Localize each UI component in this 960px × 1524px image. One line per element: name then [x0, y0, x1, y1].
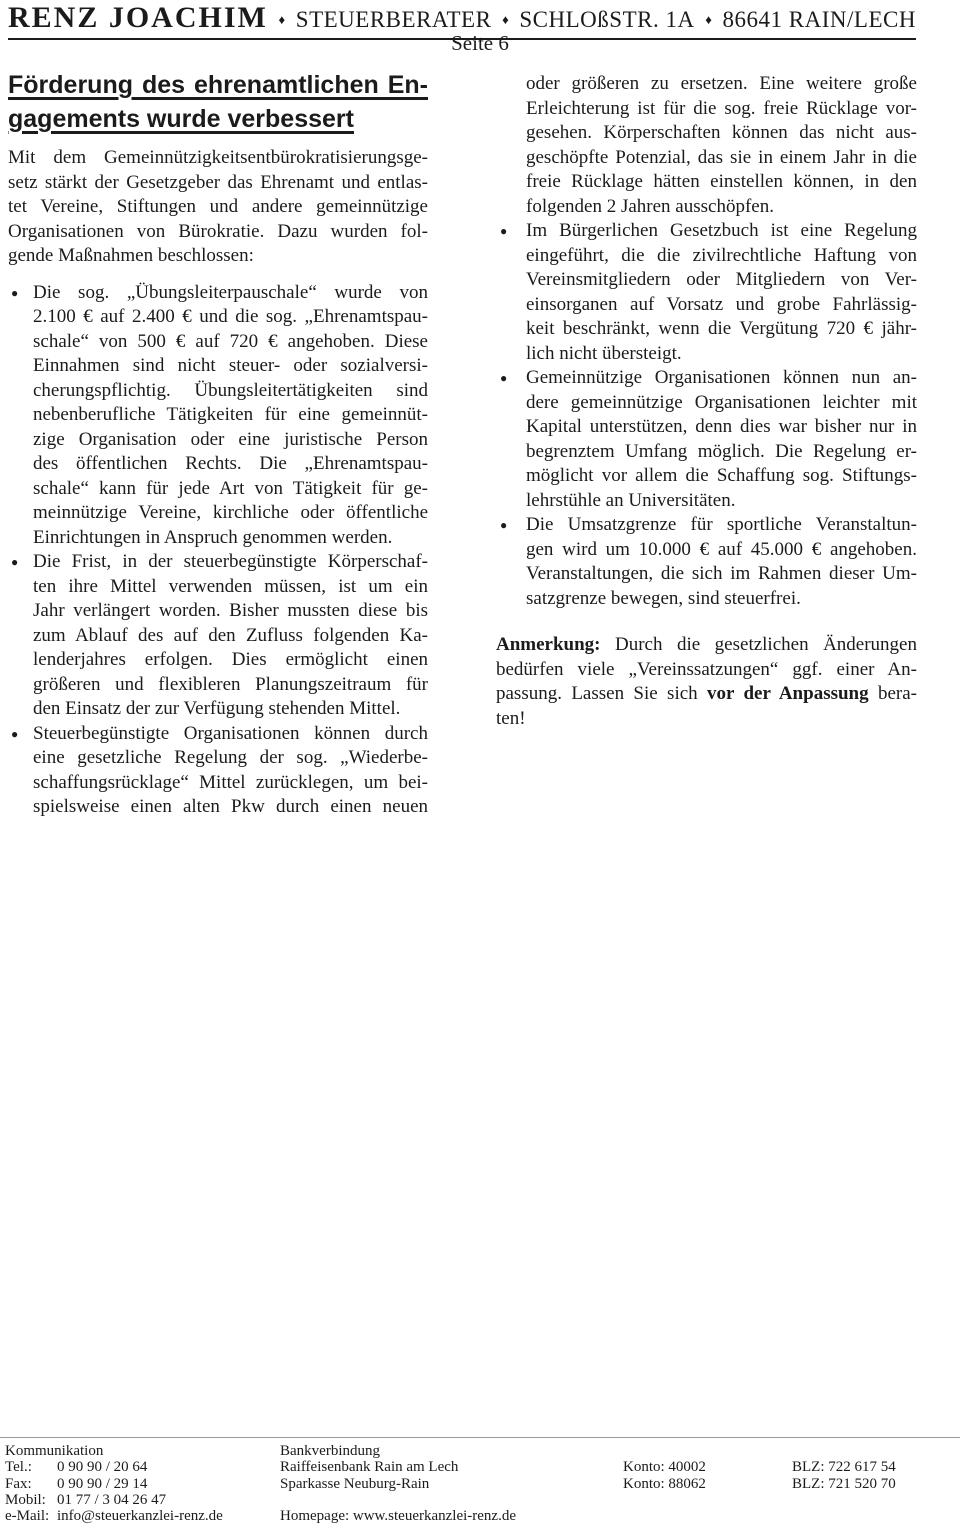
- bullet-icon: ●: [11, 550, 18, 575]
- blz-number: BLZ: 722 617 54: [792, 1459, 955, 1475]
- document-page: RENZ JOACHIM ♦ STEUERBERATER ♦ SCHLOßSTR…: [0, 0, 960, 1524]
- email-label: e-Mail:: [5, 1508, 57, 1524]
- article-heading: Förderung des ehrenamtlichen En-gagement…: [8, 68, 428, 136]
- bullet-text: Gemeinnützige Organisationen können nun …: [526, 366, 917, 513]
- bullet-text: Die Umsatzgrenze für sportliche Veransta…: [526, 513, 917, 611]
- footer-spacer: [623, 1443, 792, 1459]
- footer-spacer: [792, 1492, 955, 1508]
- right-column: oder größeren zu ersetzen. Eine weitere …: [496, 64, 917, 820]
- note-paragraph: Anmerkung: Durch die gesetzlichen Änderu…: [496, 633, 917, 731]
- bullet-text: Die Frist, in der steuerbegünstigte Körp…: [33, 550, 428, 722]
- page-number: Seite 6: [0, 31, 960, 56]
- firm-name: RENZ JOACHIM: [8, 1, 268, 35]
- mobil-label: Mobil:: [5, 1492, 57, 1508]
- fax-label: Fax:: [5, 1476, 57, 1492]
- bullet-item: ● Die sog. „Übungsleiterpauschale“ wurde…: [8, 281, 428, 551]
- bank-title: Bankverbindung: [280, 1443, 623, 1459]
- bank-name: Raiffeisenbank Rain am Lech: [280, 1459, 623, 1475]
- diamond-icon: ♦: [502, 12, 509, 28]
- bullet-item: ● Die Frist, in der steuerbegünstigte Kö…: [8, 550, 428, 722]
- bullet-text: Die sog. „Übungsleiterpauschale“ wurde v…: [33, 281, 428, 551]
- footer-divider: [0, 1437, 960, 1438]
- intro-paragraph: Mit dem Gemeinnützigkeitsentbürokratisie…: [8, 146, 428, 269]
- konto-number: Konto: 88062: [623, 1476, 792, 1492]
- communication-title: Kommunikation: [5, 1443, 280, 1459]
- continuation-paragraph: oder größeren zu ersetzen. Eine weitere …: [496, 72, 917, 219]
- tel-value: 0 90 90 / 20 64: [57, 1459, 280, 1475]
- footer-spacer: [792, 1443, 955, 1459]
- blz-number: BLZ: 721 520 70: [792, 1476, 955, 1492]
- email-value: info@steuerkanzlei-renz.de: [57, 1508, 280, 1524]
- bullet-icon: ●: [500, 219, 507, 244]
- page-footer: Kommunikation Bankverbindung Tel.: 0 90 …: [5, 1443, 955, 1524]
- tel-label: Tel.:: [5, 1459, 57, 1475]
- article-body: Förderung des ehrenamtlichen En-gagement…: [8, 64, 917, 820]
- bullet-icon: ●: [11, 281, 18, 306]
- bank-name: Sparkasse Neuburg-Rain: [280, 1476, 623, 1492]
- footer-spacer: [623, 1508, 792, 1524]
- bullet-text: Im Bürgerlichen Gesetzbuch ist eine Rege…: [526, 219, 917, 366]
- fax-value: 0 90 90 / 29 14: [57, 1476, 280, 1492]
- header-profession: STEUERBERATER: [296, 7, 492, 33]
- bullet-list-left: ● Die sog. „Übungsleiterpauschale“ wurde…: [8, 281, 428, 820]
- konto-number: Konto: 40002: [623, 1459, 792, 1475]
- homepage-value: Homepage: www.steuerkanzlei-renz.de: [280, 1508, 623, 1524]
- diamond-icon: ♦: [705, 12, 712, 28]
- bullet-text: Steuerbegünstigte Organisationen können …: [33, 722, 428, 820]
- bullet-item: ● Im Bürgerlichen Gesetzbuch ist eine Re…: [496, 219, 917, 366]
- bullet-icon: ●: [500, 366, 507, 391]
- bullet-item: ● Steuerbegünstigte Organisationen könne…: [8, 722, 428, 820]
- mobil-value: 01 77 / 3 04 26 47: [57, 1492, 280, 1508]
- diamond-icon: ♦: [279, 12, 286, 28]
- bullet-icon: ●: [11, 722, 18, 747]
- bullet-item: ● Gemeinnützige Organisationen können nu…: [496, 366, 917, 513]
- footer-spacer: [623, 1492, 792, 1508]
- footer-spacer: [792, 1508, 955, 1524]
- bullet-icon: ●: [500, 513, 507, 538]
- bullet-item: ● Die Umsatzgrenze für sportliche Verans…: [496, 513, 917, 611]
- bullet-list-right: ● Im Bürgerlichen Gesetzbuch ist eine Re…: [496, 219, 917, 611]
- header-city: 86641 RAIN/LECH: [723, 7, 916, 33]
- header-street: SCHLOßSTR. 1A: [519, 7, 694, 33]
- footer-spacer: [280, 1492, 623, 1508]
- left-column: Förderung des ehrenamtlichen En-gagement…: [8, 64, 428, 820]
